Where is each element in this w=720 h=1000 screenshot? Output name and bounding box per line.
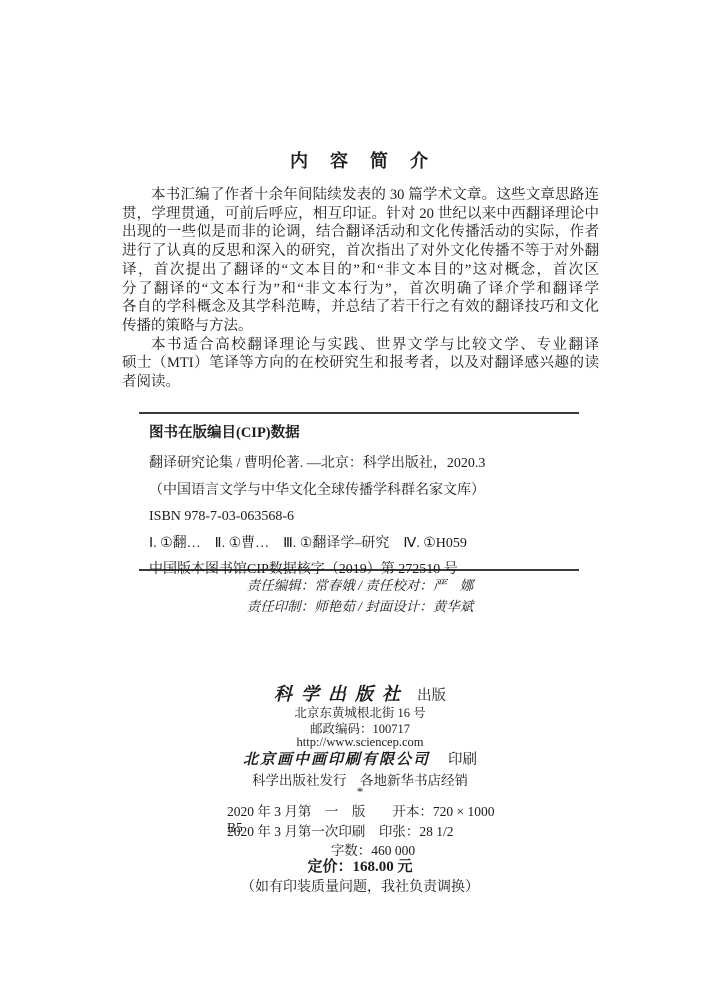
separator-asterisk: *: [0, 784, 720, 800]
intro-paragraph-line: 贯，学理贯通，可前后呼应，相互印证。针对 20 世纪以来中西翻译理论中: [122, 205, 599, 224]
intro-section: 本书汇编了作者十余年间陆续发表的 30 篇学术文章。这些文章思路连 贯，学理贯通…: [122, 186, 599, 392]
cip-title-line: 翻译研究论集 / 曹明伦著. —北京：科学出版社，2020.3: [149, 456, 579, 472]
intro-paragraph-line: 分了翻译的“文本行为”和“非文本行为”，首次明确了译介学和翻译学: [122, 280, 599, 299]
printer-name: 北京画中画印刷有限公司: [243, 752, 430, 768]
intro-paragraph-line: 硕士（MTI）笔译等方向的在校研究生和报考者，以及对翻译感兴趣的读: [122, 354, 599, 373]
intro-paragraph-line: 本书适合高校翻译理论与实践、世界文学与比较文学、专业翻译: [122, 336, 599, 355]
cip-isbn-line: ISBN 978-7-03-063568-6: [149, 509, 579, 525]
price-line: 定价：168.00 元: [0, 855, 720, 876]
intro-paragraph-line: 者阅读。: [122, 373, 599, 392]
editors-line-2: 责任印制：师艳茹 / 封面设计：黄华斌: [0, 597, 720, 618]
cip-section: 图书在版编目(CIP)数据 翻译研究论集 / 曹明伦著. —北京：科学出版社，2…: [139, 412, 579, 571]
printer-label: 印刷: [448, 752, 477, 768]
cip-heading: 图书在版编目(CIP)数据: [149, 421, 579, 442]
intro-paragraph-line: 传播的策略与方法。: [122, 317, 599, 336]
intro-paragraph-line: 各自的学科概念及其学科范畴，并总结了若干行之有效的翻译技巧和文化: [122, 298, 599, 317]
cip-classification-line: Ⅰ. ①翻… Ⅱ. ①曹… Ⅲ. ①翻译学–研究 Ⅳ. ①H059: [149, 536, 579, 552]
book-copyright-page: { "page": { "title": "内 容 简 介" }, "intro…: [0, 0, 720, 1000]
intro-paragraph-line: 出现的一些似是而非的论调，结合翻译活动和文化传播活动的实际，作者: [122, 223, 599, 242]
editors-line-1: 责任编辑：常春娥 / 责任校对：严 娜: [0, 576, 720, 597]
intro-paragraph-line: 译，首次提出了翻译的“文本目的”和“非文本目的”这对概念，首次区: [122, 261, 599, 280]
publish-label: 出版: [417, 688, 446, 704]
page-title: 内 容 简 介: [0, 147, 720, 173]
printing-line: 2020 年 3 月第一次印刷 印张：28 1/2: [227, 820, 519, 840]
printer-line: 北京画中画印刷有限公司 印刷: [0, 748, 720, 769]
intro-paragraph-line: 进行了认真的反思和深入的研究，首次指出了对外文化传播不等于对外翻: [122, 242, 599, 261]
publisher-logo: 科学出版社: [274, 684, 409, 704]
cip-series-line: （中国语言文学与中华文化全球传播学科群名家文库）: [149, 483, 579, 499]
intro-paragraph-line: 本书汇编了作者十余年间陆续发表的 30 篇学术文章。这些文章思路连: [122, 186, 599, 205]
editors-section: 责任编辑：常春娥 / 责任校对：严 娜 责任印制：师艳茹 / 封面设计：黄华斌: [0, 576, 720, 617]
quality-note-line: （如有印装质量问题，我社负责调换）: [0, 876, 720, 896]
